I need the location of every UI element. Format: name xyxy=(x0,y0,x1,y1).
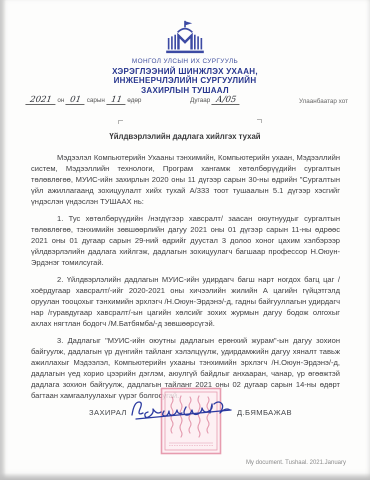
title-corner-mark-left xyxy=(118,120,123,124)
title-corner-mark-right xyxy=(257,119,262,123)
date-fields: 2021 он 01 сарын 11 өдөр xyxy=(26,96,141,105)
director-signature xyxy=(126,396,238,427)
school-name-line2: ИНЖЕНЕРЧЛЭЛИЙН СУРГУУЛИЙН xyxy=(0,76,370,86)
number-value: А/05 xyxy=(211,96,240,105)
document-title: Үйлдвэрлэлийн дадлага хийлгэх тухай xyxy=(0,132,370,141)
year-value: 2021 xyxy=(25,96,56,105)
footer-note: My document. Tushaal. 2021.January xyxy=(246,460,346,466)
signer-name: Д.БЯМБАЖАВ xyxy=(237,408,292,417)
scanned-document-page: МОНГОЛ УЛСЫН ИХ СУРГУУЛЬ ХЭРЭГЛЭЭНИЙ ШИН… xyxy=(0,0,370,480)
intro-paragraph: Мэдээлэл Компьютерийн Ухааны тэнхимийн, … xyxy=(31,153,340,208)
document-body: Мэдээлэл Компьютерийн Ухааны тэнхимийн, … xyxy=(31,153,340,408)
order-item-2: 2. Үйлдвэрлэлийн дадлагын МУИС-ийн удирд… xyxy=(31,275,340,330)
year-label: он xyxy=(57,97,64,104)
university-logo xyxy=(0,20,370,61)
document-number-field: Дугаар А/05 xyxy=(190,96,240,105)
document-type: ЗАХИРЛЫН ТУШААЛ xyxy=(0,86,370,96)
signer-role: ЗАХИРАЛ xyxy=(89,408,127,417)
day-value: 11 xyxy=(106,96,126,105)
signature-ink-icon xyxy=(126,396,238,422)
day-label: өдөр xyxy=(127,97,141,104)
order-item-1: 1. Тус хөтөлбөрүүдийн /нэгдүгээр хавсрал… xyxy=(31,214,340,269)
month-label: сарын xyxy=(87,97,105,104)
university-name: МОНГОЛ УЛСЫН ИХ СУРГУУЛЬ xyxy=(0,58,370,65)
scan-edge-bottom xyxy=(0,473,370,480)
dateline: 2021 он 01 сарын 11 өдөр Дугаар А/05 Ула… xyxy=(0,96,370,105)
number-label: Дугаар xyxy=(190,97,210,104)
muis-emblem-icon xyxy=(160,20,210,56)
school-name-line1: ХЭРЭГЛЭЭНИЙ ШИНЖЛЭХ УХААН, xyxy=(0,67,370,77)
month-value: 01 xyxy=(65,96,85,105)
letterhead: МОНГОЛ УЛСЫН ИХ СУРГУУЛЬ ХЭРЭГЛЭЭНИЙ ШИН… xyxy=(0,58,370,95)
city-label: Улаанбаатар хот xyxy=(299,98,348,105)
